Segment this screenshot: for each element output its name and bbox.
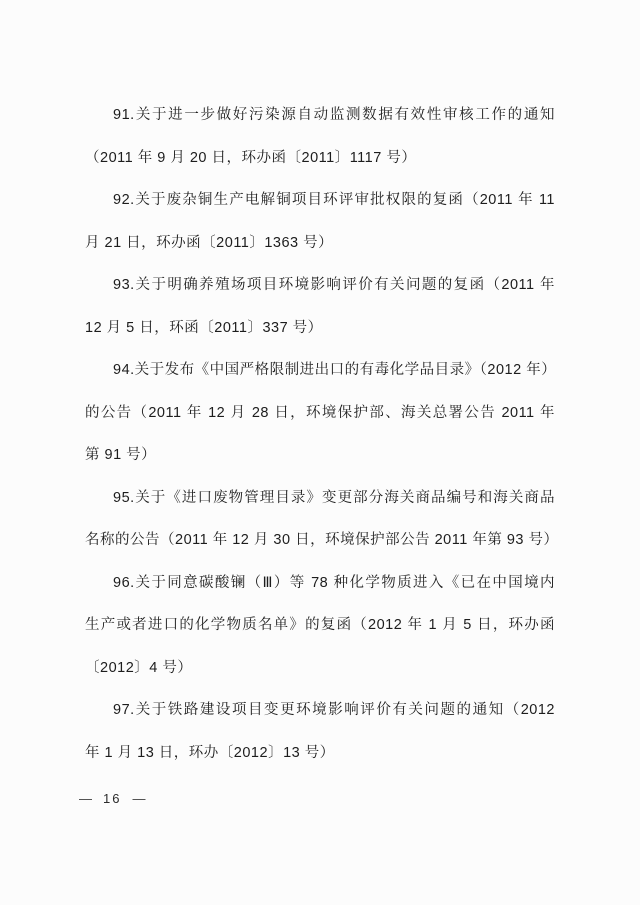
notice-92-line-1: 92.关于废杂铜生产电解铜项目环评审批权限的复函（2011 年 11: [85, 179, 555, 222]
notice-95-line-2: 名称的公告（2011 年 12 月 30 日，环境保护部公告 2011 年第 9…: [85, 519, 555, 562]
notice-91-line-1: 91.关于进一步做好污染源自动监测数据有效性审核工作的通知: [85, 94, 555, 137]
notice-94-line-1: 94.关于发布《中国严格限制进出口的有毒化学品目录》（2012 年）: [85, 349, 555, 392]
footer-dash-left: —: [79, 791, 92, 806]
notice-97-line-1: 97.关于铁路建设项目变更环境影响评价有关问题的通知（2012: [85, 689, 555, 732]
notice-96-line-2: 生产或者进口的化学物质名单》的复函（2012 年 1 月 5 日，环办函: [85, 604, 555, 647]
notice-93-line-2: 12 月 5 日，环函〔2011〕337 号）: [85, 307, 555, 350]
notice-92-line-2: 月 21 日，环办函〔2011〕1363 号）: [85, 222, 555, 265]
notice-96-line-1: 96.关于同意碳酸镧（Ⅲ）等 78 种化学物质进入《已在中国境内: [85, 562, 555, 605]
notice-96-line-3: 〔2012〕4 号）: [85, 647, 555, 690]
page-footer: —16—: [79, 789, 145, 809]
notice-94-line-3: 第 91 号）: [85, 434, 555, 477]
page-number: 16: [103, 789, 121, 809]
notice-97-line-2: 年 1 月 13 日，环办〔2012〕13 号）: [85, 732, 555, 775]
notice-93-line-1: 93.关于明确养殖场项目环境影响评价有关问题的复函（2011 年: [85, 264, 555, 307]
footer-dash-right: —: [132, 791, 145, 806]
notice-list: 91.关于进一步做好污染源自动监测数据有效性审核工作的通知（2011 年 9 月…: [85, 94, 555, 774]
notice-95-line-1: 95.关于《进口废物管理目录》变更部分海关商品编号和海关商品: [85, 477, 555, 520]
notice-91-line-2: （2011 年 9 月 20 日，环办函〔2011〕1117 号）: [85, 137, 555, 180]
document-page: 91.关于进一步做好污染源自动监测数据有效性审核工作的通知（2011 年 9 月…: [0, 0, 640, 905]
notice-94-line-2: 的公告（2011 年 12 月 28 日，环境保护部、海关总署公告 2011 年: [85, 392, 555, 435]
